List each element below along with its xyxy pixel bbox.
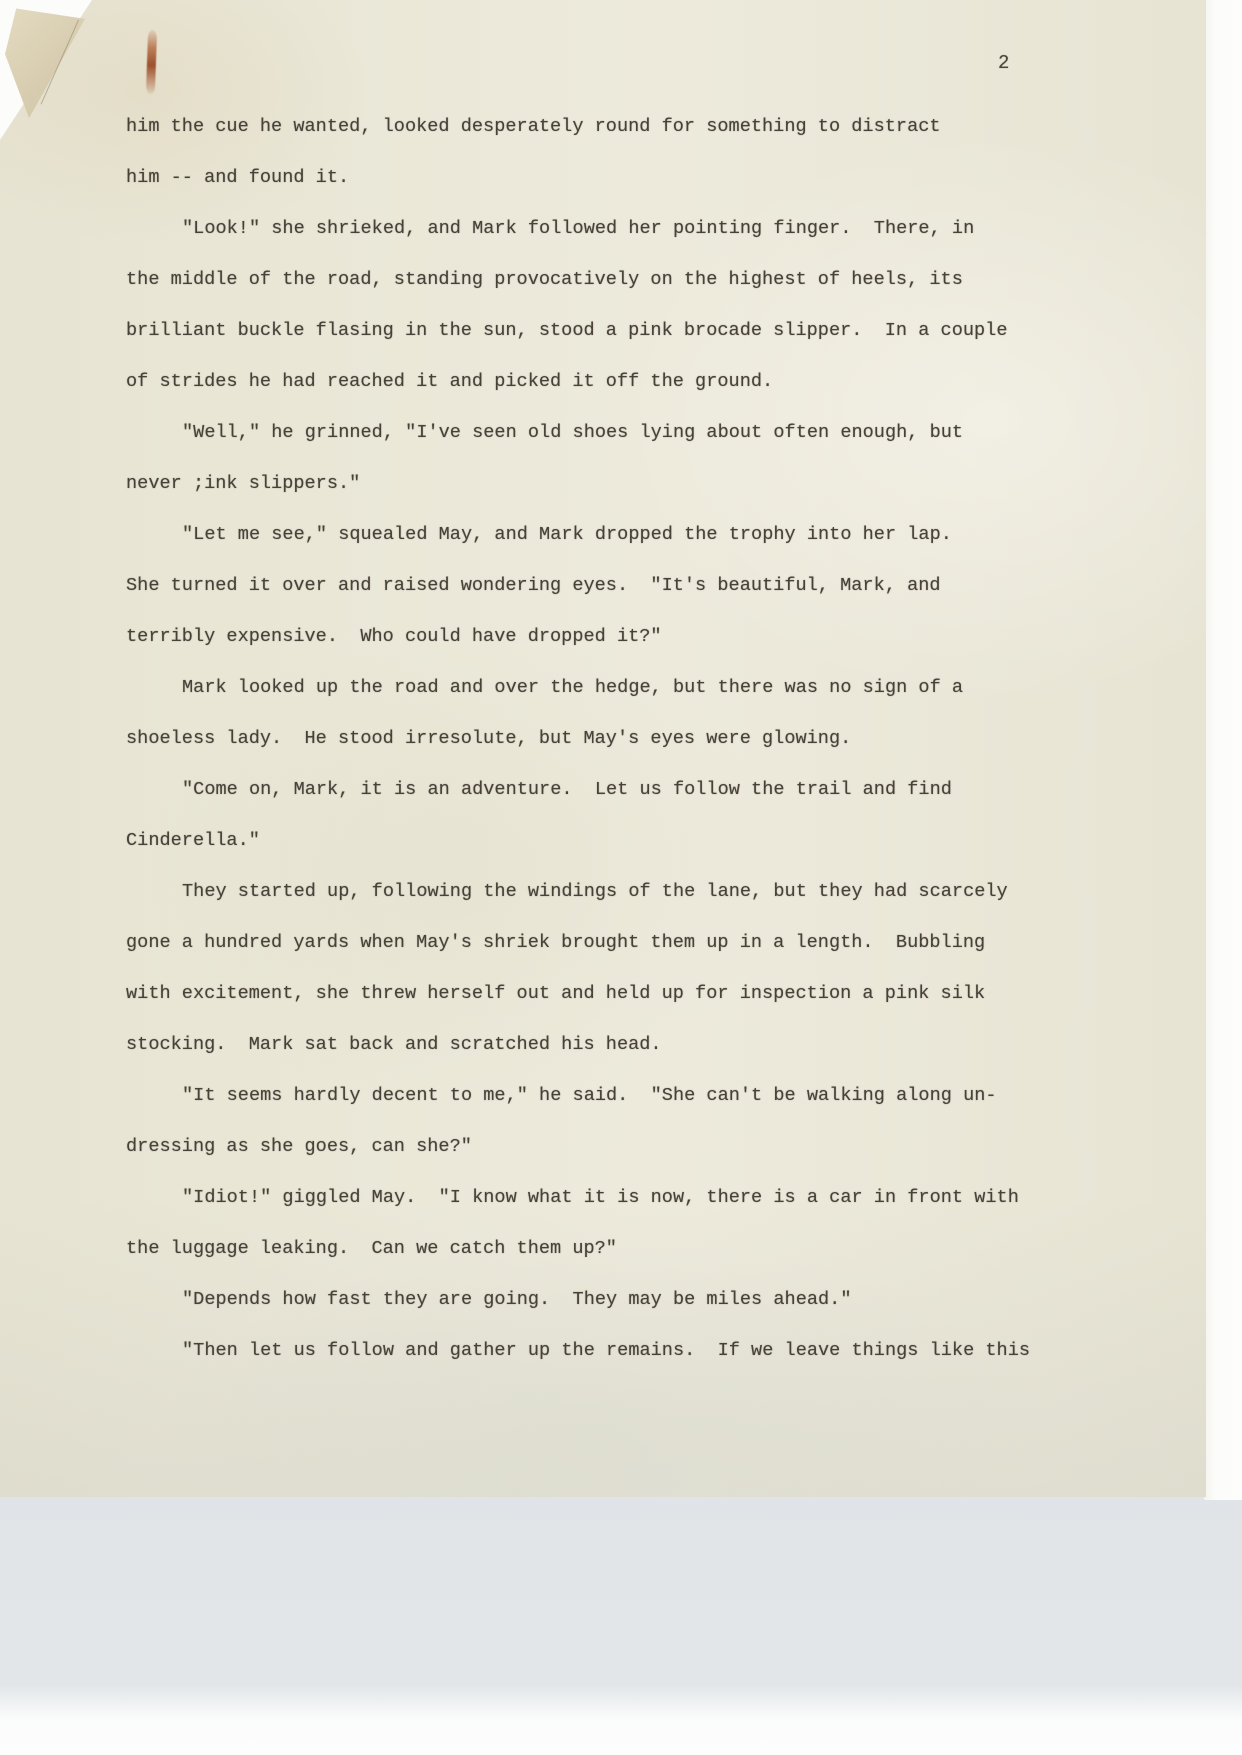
text-line: "Look!" she shrieked, and Mark followed … — [126, 203, 1086, 254]
text-line: brilliant buckle flasing in the sun, sto… — [126, 305, 1086, 356]
text-line: terribly expensive. Who could have dropp… — [126, 611, 1086, 662]
page-number: 2 — [998, 52, 1009, 74]
text-line: "Well," he grinned, "I've seen old shoes… — [126, 407, 1086, 458]
text-line: him -- and found it. — [126, 152, 1086, 203]
text-line: the luggage leaking. Can we catch them u… — [126, 1223, 1086, 1274]
rust-stain-mark — [146, 30, 157, 94]
typescript-body: him the cue he wanted, looked desperatel… — [126, 101, 1086, 1376]
text-line: never ;ink slippers." — [126, 458, 1086, 509]
text-line: "Depends how fast they are going. They m… — [126, 1274, 1086, 1325]
text-line: him the cue he wanted, looked desperatel… — [126, 101, 1086, 152]
text-line: dressing as she goes, can she?" — [126, 1121, 1086, 1172]
text-line: "Idiot!" giggled May. "I know what it is… — [126, 1172, 1086, 1223]
text-line: the middle of the road, standing provoca… — [126, 254, 1086, 305]
text-line: Mark looked up the road and over the hed… — [126, 662, 1086, 713]
text-line: gone a hundred yards when May's shriek b… — [126, 917, 1086, 968]
text-line: with excitement, she threw herself out a… — [126, 968, 1086, 1019]
text-line: "Come on, Mark, it is an adventure. Let … — [126, 764, 1086, 815]
text-line: "It seems hardly decent to me," he said.… — [126, 1070, 1086, 1121]
text-line: Cinderella." — [126, 815, 1086, 866]
text-line: She turned it over and raised wondering … — [126, 560, 1086, 611]
text-line: "Then let us follow and gather up the re… — [126, 1325, 1086, 1376]
text-line: They started up, following the windings … — [126, 866, 1086, 917]
paper-sheet: 2 him the cue he wanted, looked desperat… — [0, 0, 1206, 1497]
scanned-typescript-page: 2 him the cue he wanted, looked desperat… — [0, 0, 1242, 1755]
text-line: shoeless lady. He stood irresolute, but … — [126, 713, 1086, 764]
text-line: "Let me see," squealed May, and Mark dro… — [126, 509, 1086, 560]
scanner-white-edge — [1204, 0, 1242, 1500]
text-line: stocking. Mark sat back and scratched hi… — [126, 1019, 1086, 1070]
text-line: of strides he had reached it and picked … — [126, 356, 1086, 407]
